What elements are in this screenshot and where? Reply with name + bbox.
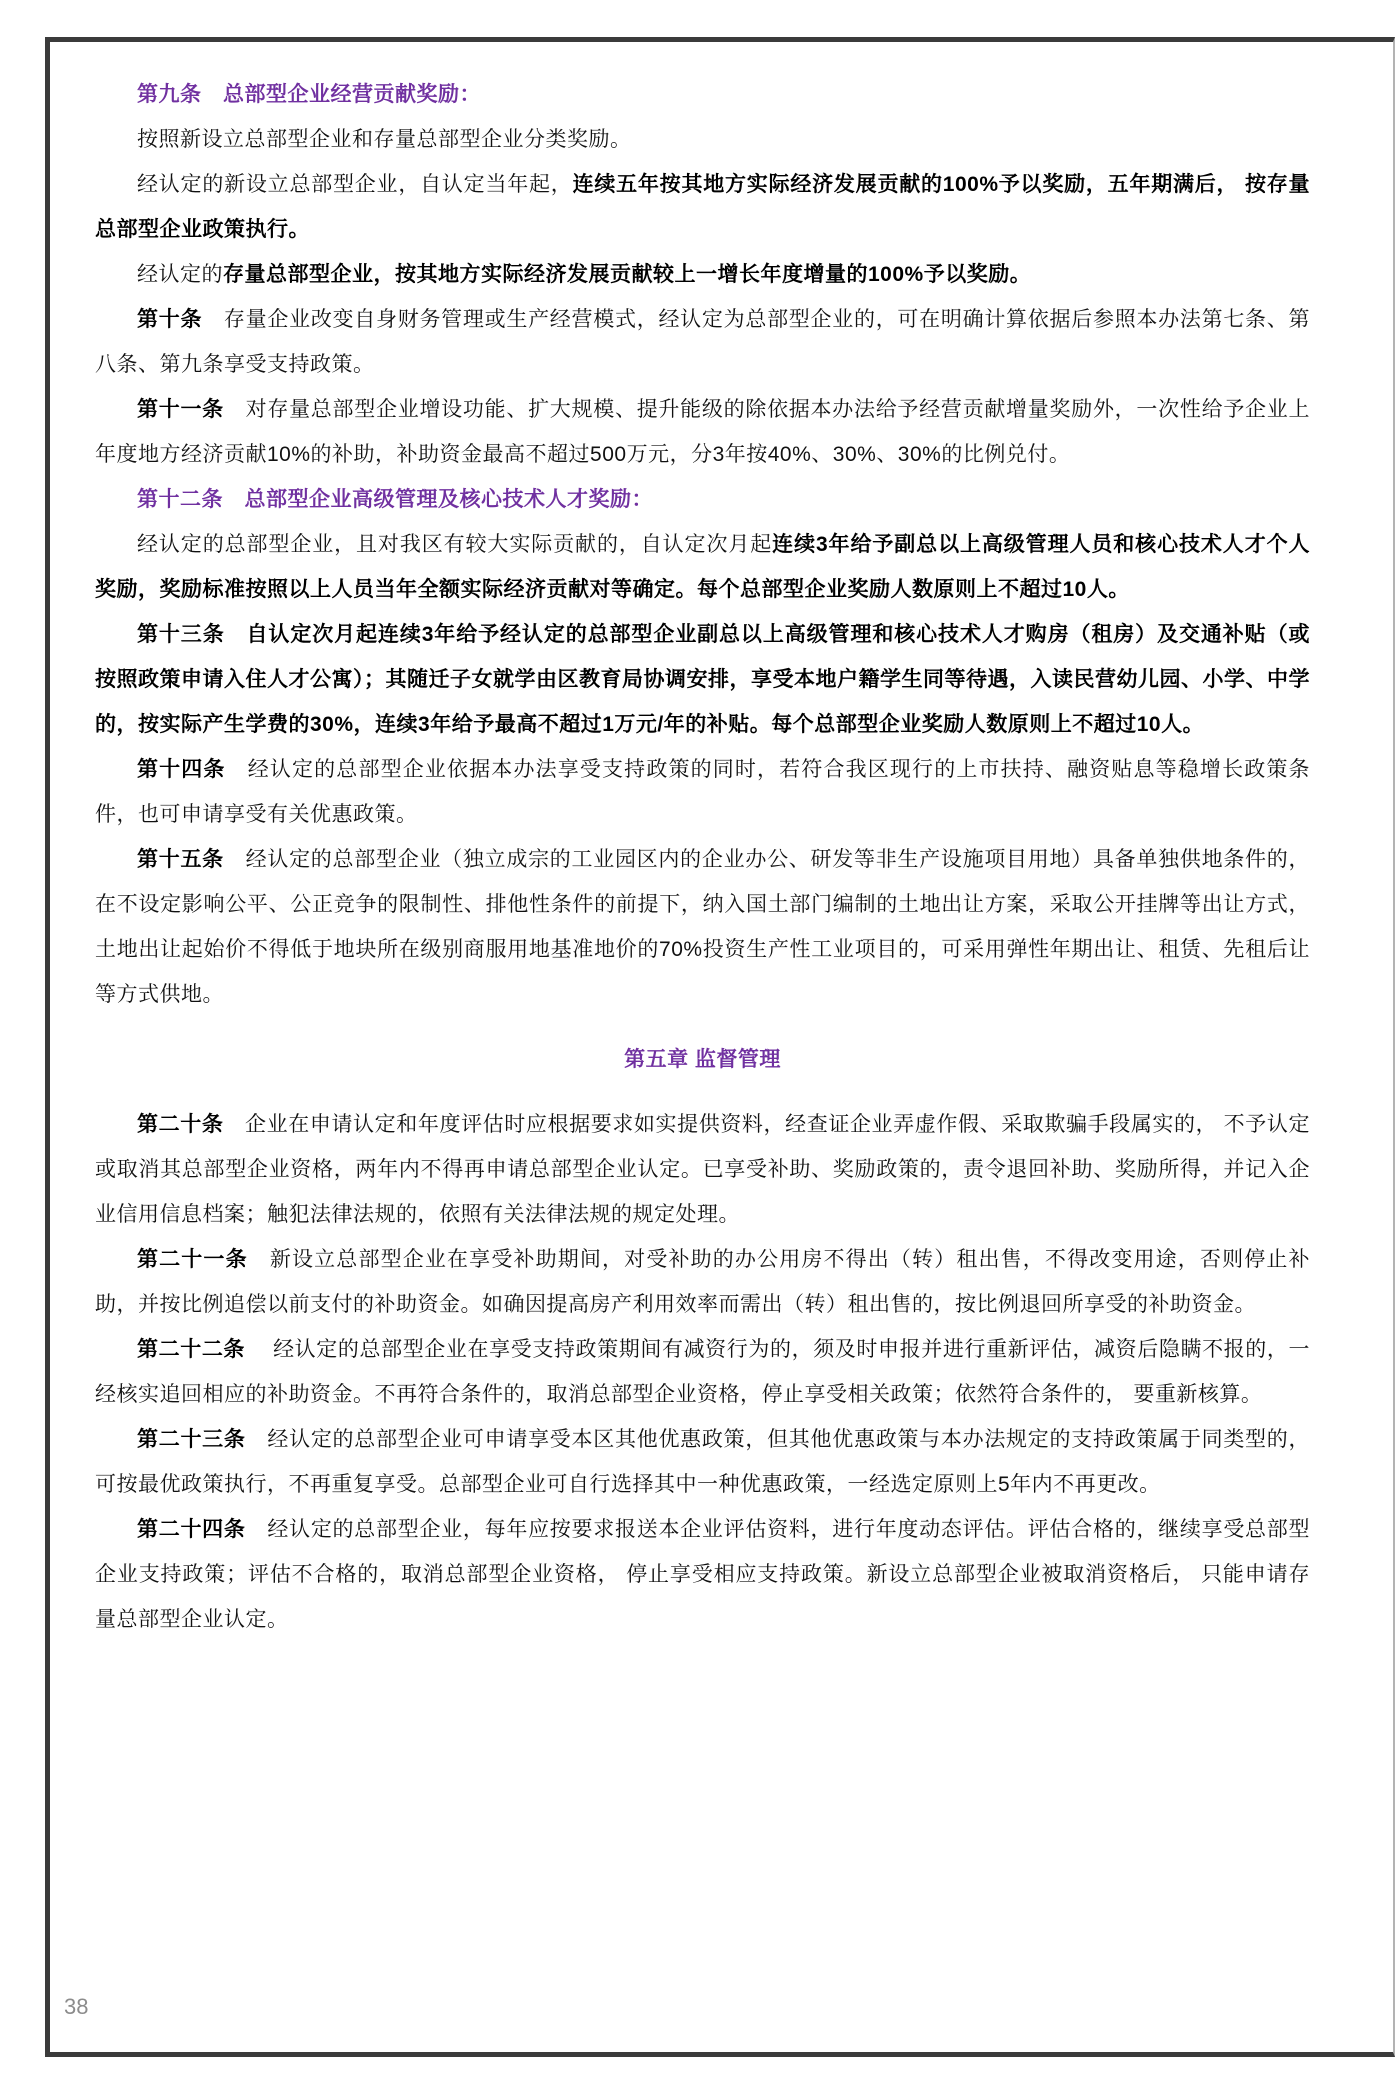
article-12-paragraph-1: 经认定的总部型企业，且对我区有较大实际贡献的，自认定次月起连续3年给予副总以上高… xyxy=(95,522,1310,612)
text-run: 经认定的总部型企业在享受支持政策期间有减资行为的，须及时申报并进行重新评估，减资… xyxy=(95,1338,1310,1406)
article-15: 第十五条 经认定的总部型企业（独立成宗的工业园区内的企业办公、研发等非生产设施项… xyxy=(95,837,1310,1017)
article-9-paragraph-2: 经认定的新设立总部型企业，自认定当年起，连续五年按其地方实际经济发展贡献的100… xyxy=(95,162,1310,252)
text-run: 经认定的总部型企业，且对我区有较大实际贡献的，自认定次月起 xyxy=(137,533,772,556)
text-run: 存量企业改变自身财务管理或生产经营模式，经认定为总部型企业的，可在明确计算依据后… xyxy=(95,308,1310,376)
article-23: 第二十三条 经认定的总部型企业可申请享受本区其他优惠政策，但其他优惠政策与本办法… xyxy=(95,1417,1310,1507)
article-24: 第二十四条 经认定的总部型企业，每年应按要求报送本企业评估资料，进行年度动态评估… xyxy=(95,1507,1310,1642)
text-run: 经认定的总部型企业可申请享受本区其他优惠政策，但其他优惠政策与本办法规定的支持政… xyxy=(95,1428,1310,1496)
page-number: 38 xyxy=(64,1992,88,2022)
text-run: 经认定的新设立总部型企业，自认定当年起， xyxy=(137,173,573,196)
text-run: 对存量总部型企业增设功能、扩大规模、提升能级的除依据本办法给予经营贡献增量奖励外… xyxy=(95,398,1310,466)
chapter-5-heading: 第五章 监督管理 xyxy=(95,1037,1310,1082)
article-12-title: 第十二条 总部型企业高级管理及核心技术人才奖励： xyxy=(95,477,1310,522)
text-run: 第十二条 总部型企业高级管理及核心技术人才奖励： xyxy=(137,488,653,511)
text-run: 企业在申请认定和年度评估时应根据要求如实提供资料，经查证企业弄虚作假、采取欺骗手… xyxy=(95,1113,1310,1226)
article-10: 第十条 存量企业改变自身财务管理或生产经营模式，经认定为总部型企业的，可在明确计… xyxy=(95,297,1310,387)
article-21: 第二十一条 新设立总部型企业在享受补助期间，对受补助的办公用房不得出（转）租出售… xyxy=(95,1237,1310,1327)
article-11: 第十一条 对存量总部型企业增设功能、扩大规模、提升能级的除依据本办法给予经营贡献… xyxy=(95,387,1310,477)
article-number: 第二十二条 xyxy=(137,1338,245,1361)
text-run: 第九条 总部型企业经营贡献奖励： xyxy=(137,83,481,106)
article-13: 第十三条 自认定次月起连续3年给予经认定的总部型企业副总以上高级管理和核心技术人… xyxy=(95,612,1310,747)
text-run: 新设立总部型企业在享受补助期间，对受补助的办公用房不得出（转）租出售，不得改变用… xyxy=(95,1248,1310,1316)
text-run: 存量总部型企业，按其地方实际经济发展贡献较上一增长年度增量的100%予以奖励。 xyxy=(223,263,1031,286)
article-20: 第二十条 企业在申请认定和年度评估时应根据要求如实提供资料，经查证企业弄虚作假、… xyxy=(95,1102,1310,1237)
text-run: 经认定的 xyxy=(137,263,223,286)
article-9-title: 第九条 总部型企业经营贡献奖励： xyxy=(95,72,1310,117)
chapter-title: 第五章 监督管理 xyxy=(624,1048,781,1071)
text-run: 经认定的总部型企业，每年应按要求报送本企业评估资料，进行年度动态评估。评估合格的… xyxy=(95,1518,1310,1631)
article-number: 第二十条 xyxy=(137,1113,223,1136)
text-run: 经认定的总部型企业（独立成宗的工业园区内的企业办公、研发等非生产设施项目用地）具… xyxy=(95,848,1310,1006)
text-run: 第十三条 自认定次月起连续3年给予经认定的总部型企业副总以上高级管理和核心技术人… xyxy=(95,623,1310,736)
article-number: 第二十一条 xyxy=(137,1248,248,1271)
article-number: 第十条 xyxy=(137,308,202,331)
article-22: 第二十二条 经认定的总部型企业在享受支持政策期间有减资行为的，须及时申报并进行重… xyxy=(95,1327,1310,1417)
article-number: 第十一条 xyxy=(137,398,224,421)
article-number: 第十五条 xyxy=(137,848,224,871)
article-number: 第二十三条 xyxy=(137,1428,246,1451)
text-run: 经认定的总部型企业依据本办法享受支持政策的同时，若符合我区现行的上市扶持、融资贴… xyxy=(95,758,1310,826)
article-9-paragraph-3: 经认定的存量总部型企业，按其地方实际经济发展贡献较上一增长年度增量的100%予以… xyxy=(95,252,1310,297)
article-14: 第十四条 经认定的总部型企业依据本办法享受支持政策的同时，若符合我区现行的上市扶… xyxy=(95,747,1310,837)
article-number: 第二十四条 xyxy=(137,1518,246,1541)
document-body: 第九条 总部型企业经营贡献奖励： 按照新设立总部型企业和存量总部型企业分类奖励。… xyxy=(95,72,1310,1642)
text-run: 按照新设立总部型企业和存量总部型企业分类奖励。 xyxy=(137,128,632,151)
article-number: 第十四条 xyxy=(137,758,226,781)
article-9-paragraph-1: 按照新设立总部型企业和存量总部型企业分类奖励。 xyxy=(95,117,1310,162)
